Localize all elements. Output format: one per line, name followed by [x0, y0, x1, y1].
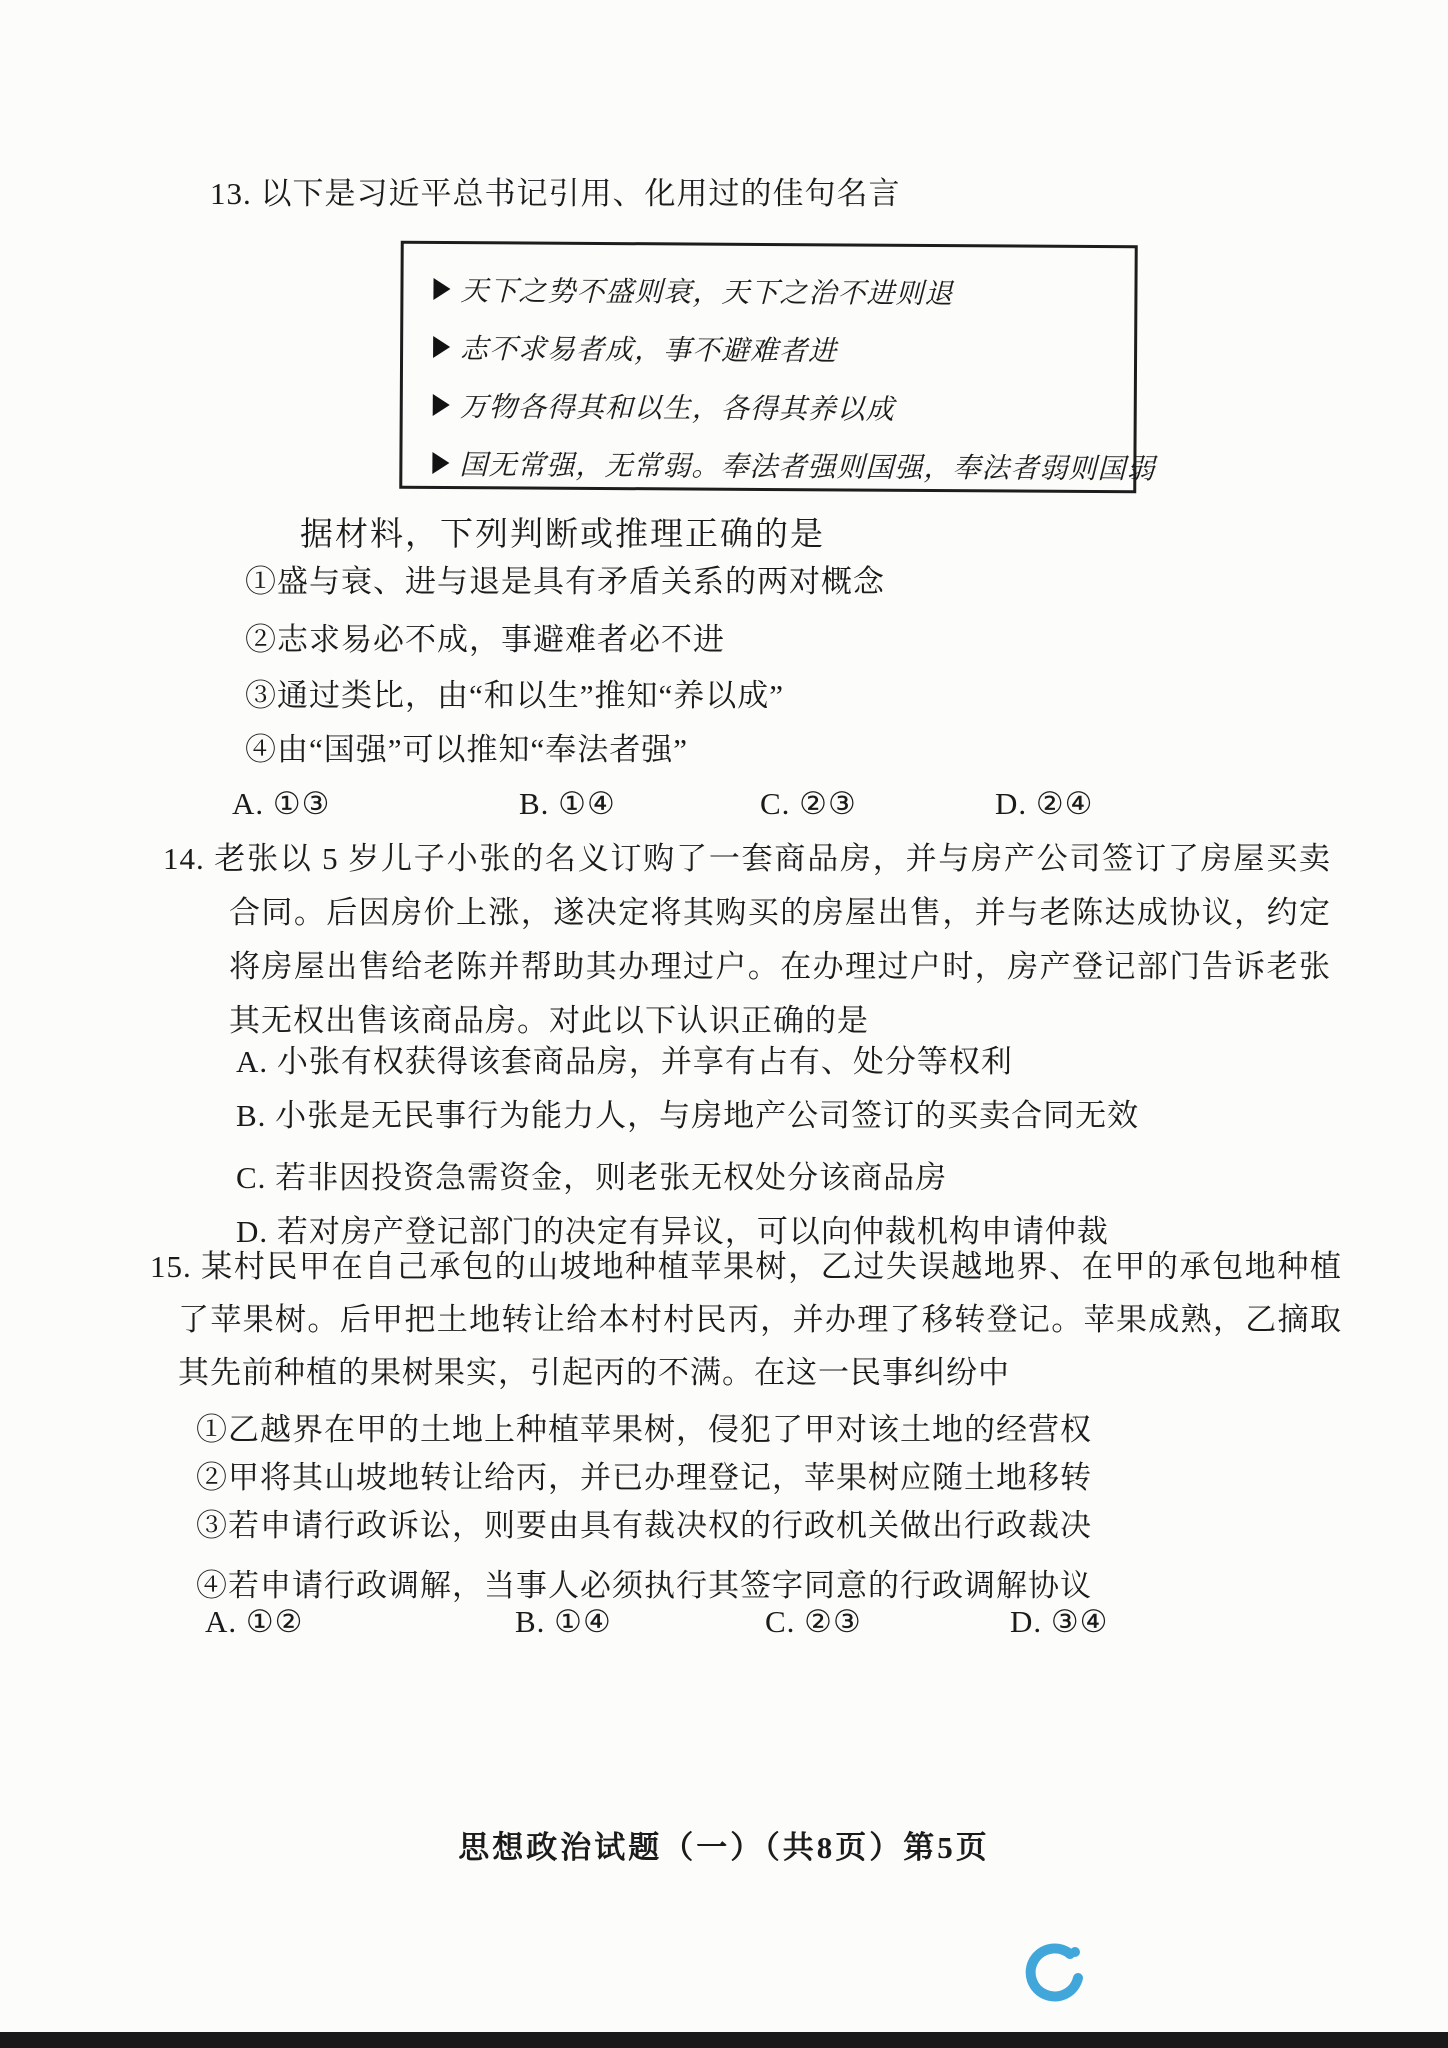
triangle-bullet-icon — [433, 278, 450, 300]
question-15-option-b: B. ①④ — [515, 1604, 612, 1640]
question-13-option-a: A. ①③ — [232, 786, 330, 822]
page-footer: 思想政治试题（一）（共8页）第5页 — [0, 1822, 1448, 1867]
question-15-option-a: A. ①② — [205, 1604, 303, 1640]
question-15-options-row: A. ①② B. ①④ C. ②③ D. ③④ — [205, 1604, 1215, 1644]
quote-line: 天下之势不盛则衰，天下之治不进则退 — [433, 260, 1124, 322]
triangle-bullet-icon — [432, 452, 449, 474]
question-15-option-d: D. ③④ — [1010, 1604, 1108, 1640]
question-15-option-c: C. ②③ — [765, 1604, 862, 1640]
triangle-bullet-icon — [433, 394, 450, 416]
question-13-item-4: ④由“国强”可以推知“奉法者强” — [245, 724, 688, 769]
question-14-option-a: A. 小张有权获得该套商品房，并享有占有、处分等权利 — [236, 1036, 1013, 1081]
question-13-item-3: ③通过类比，由“和以生”推知“养以成” — [245, 670, 784, 715]
quote-line: 万物各得其和以生，各得其养以成 — [433, 376, 1124, 438]
question-14-option-b: B. 小张是无民事行为能力人，与房地产公司签订的买卖合同无效 — [236, 1090, 1139, 1135]
quote-box: 天下之势不盛则衰，天下之治不进则退 志不求易者成，事不避难者进 万物各得其和以生… — [399, 241, 1138, 493]
scan-app-logo-icon — [1018, 1940, 1084, 2008]
question-13-stem: 13. 以下是习近平总书记引用、化用过的佳句名言 — [210, 168, 901, 213]
quote-line: 国无常强，无常弱。奉法者强则国强，奉法者弱则国弱 — [432, 434, 1123, 496]
question-14-option-c: C. 若非因投资急需资金，则老张无权处分该商品房 — [236, 1152, 947, 1197]
quote-text: 天下之势不盛则衰，天下之治不进则退 — [460, 269, 953, 312]
question-14-stem: 14. 老张以 5 岁儿子小张的名义订购了一套商品房，并与房产公司签订了房屋买卖… — [163, 832, 1331, 1048]
question-13-item-1: ①盛与衰、进与退是具有矛盾关系的两对概念 — [245, 556, 885, 601]
scan-bottom-edge — [0, 2032, 1448, 2048]
question-15-item-3: ③若申请行政诉讼，则要由具有裁决权的行政机关做出行政裁决 — [196, 1500, 1092, 1545]
question-13-prompt: 据材料，下列判断或推理正确的是 — [300, 508, 825, 555]
question-13-item-2: ②志求易必不成，事避难者必不进 — [245, 614, 725, 659]
question-13-option-d: D. ②④ — [995, 786, 1093, 822]
question-15-item-1: ①乙越界在甲的土地上种植苹果树，侵犯了甲对该土地的经营权 — [196, 1404, 1092, 1449]
exam-page: 13. 以下是习近平总书记引用、化用过的佳句名言 天下之势不盛则衰，天下之治不进… — [0, 0, 1448, 2048]
quote-line: 志不求易者成，事不避难者进 — [433, 318, 1124, 380]
quote-text: 国无常强，无常弱。奉法者强则国强，奉法者弱则国弱 — [459, 443, 1155, 487]
question-15-item-2: ②甲将其山坡地转让给丙，并已办理登记，苹果树应随土地移转 — [196, 1452, 1092, 1497]
question-15-item-4: ④若申请行政调解，当事人必须执行其签字同意的行政调解协议 — [196, 1560, 1092, 1605]
quote-text: 志不求易者成，事不避难者进 — [460, 327, 837, 369]
question-13-option-c: C. ②③ — [760, 786, 857, 822]
quote-text: 万物各得其和以生，各得其养以成 — [460, 385, 895, 428]
question-13-option-b: B. ①④ — [519, 786, 616, 822]
triangle-bullet-icon — [433, 336, 450, 358]
question-13-options-row: A. ①③ B. ①④ C. ②③ D. ②④ — [232, 786, 1232, 826]
question-15-stem: 15. 某村民甲在自己承包的山坡地种植苹果树，乙过失误越地界、在甲的承包地种植了… — [150, 1240, 1342, 1399]
